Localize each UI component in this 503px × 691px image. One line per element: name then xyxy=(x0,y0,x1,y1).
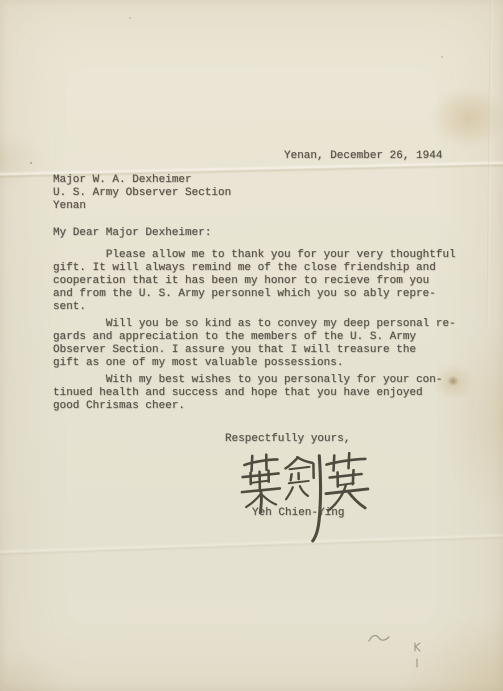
crease-right-vertical xyxy=(486,0,492,326)
pencil-squiggle-mark xyxy=(368,632,392,647)
paper-speck xyxy=(129,17,131,19)
signature-calligraphy xyxy=(237,449,374,546)
signature-typed-name: Yeh Chien-Ying xyxy=(252,507,344,520)
paper-speck xyxy=(441,56,443,58)
fold-crease-bottom xyxy=(0,532,503,556)
closing-line: Respectfully yours, xyxy=(225,433,350,446)
pencil-notation-mark xyxy=(412,642,424,669)
char-jian xyxy=(285,456,321,542)
paper-speck xyxy=(30,162,32,164)
letter-page: Yenan, December 26, 1944 Major W. A. Dex… xyxy=(0,0,503,691)
body-paragraph-3: With my best wishes to you personally fo… xyxy=(53,374,442,413)
body-paragraph-1: Please allow me to thank you for your ve… xyxy=(53,249,456,314)
char-ying xyxy=(325,453,368,511)
recipient-address: Major W. A. Dexheimer U. S. Army Observe… xyxy=(53,174,231,213)
body-paragraph-2: Will you be so kind as to convey my deep… xyxy=(53,318,456,370)
dateline: Yenan, December 26, 1944 xyxy=(284,150,442,163)
char-ye xyxy=(241,454,280,513)
salutation: My Dear Major Dexheimer: xyxy=(53,227,211,240)
